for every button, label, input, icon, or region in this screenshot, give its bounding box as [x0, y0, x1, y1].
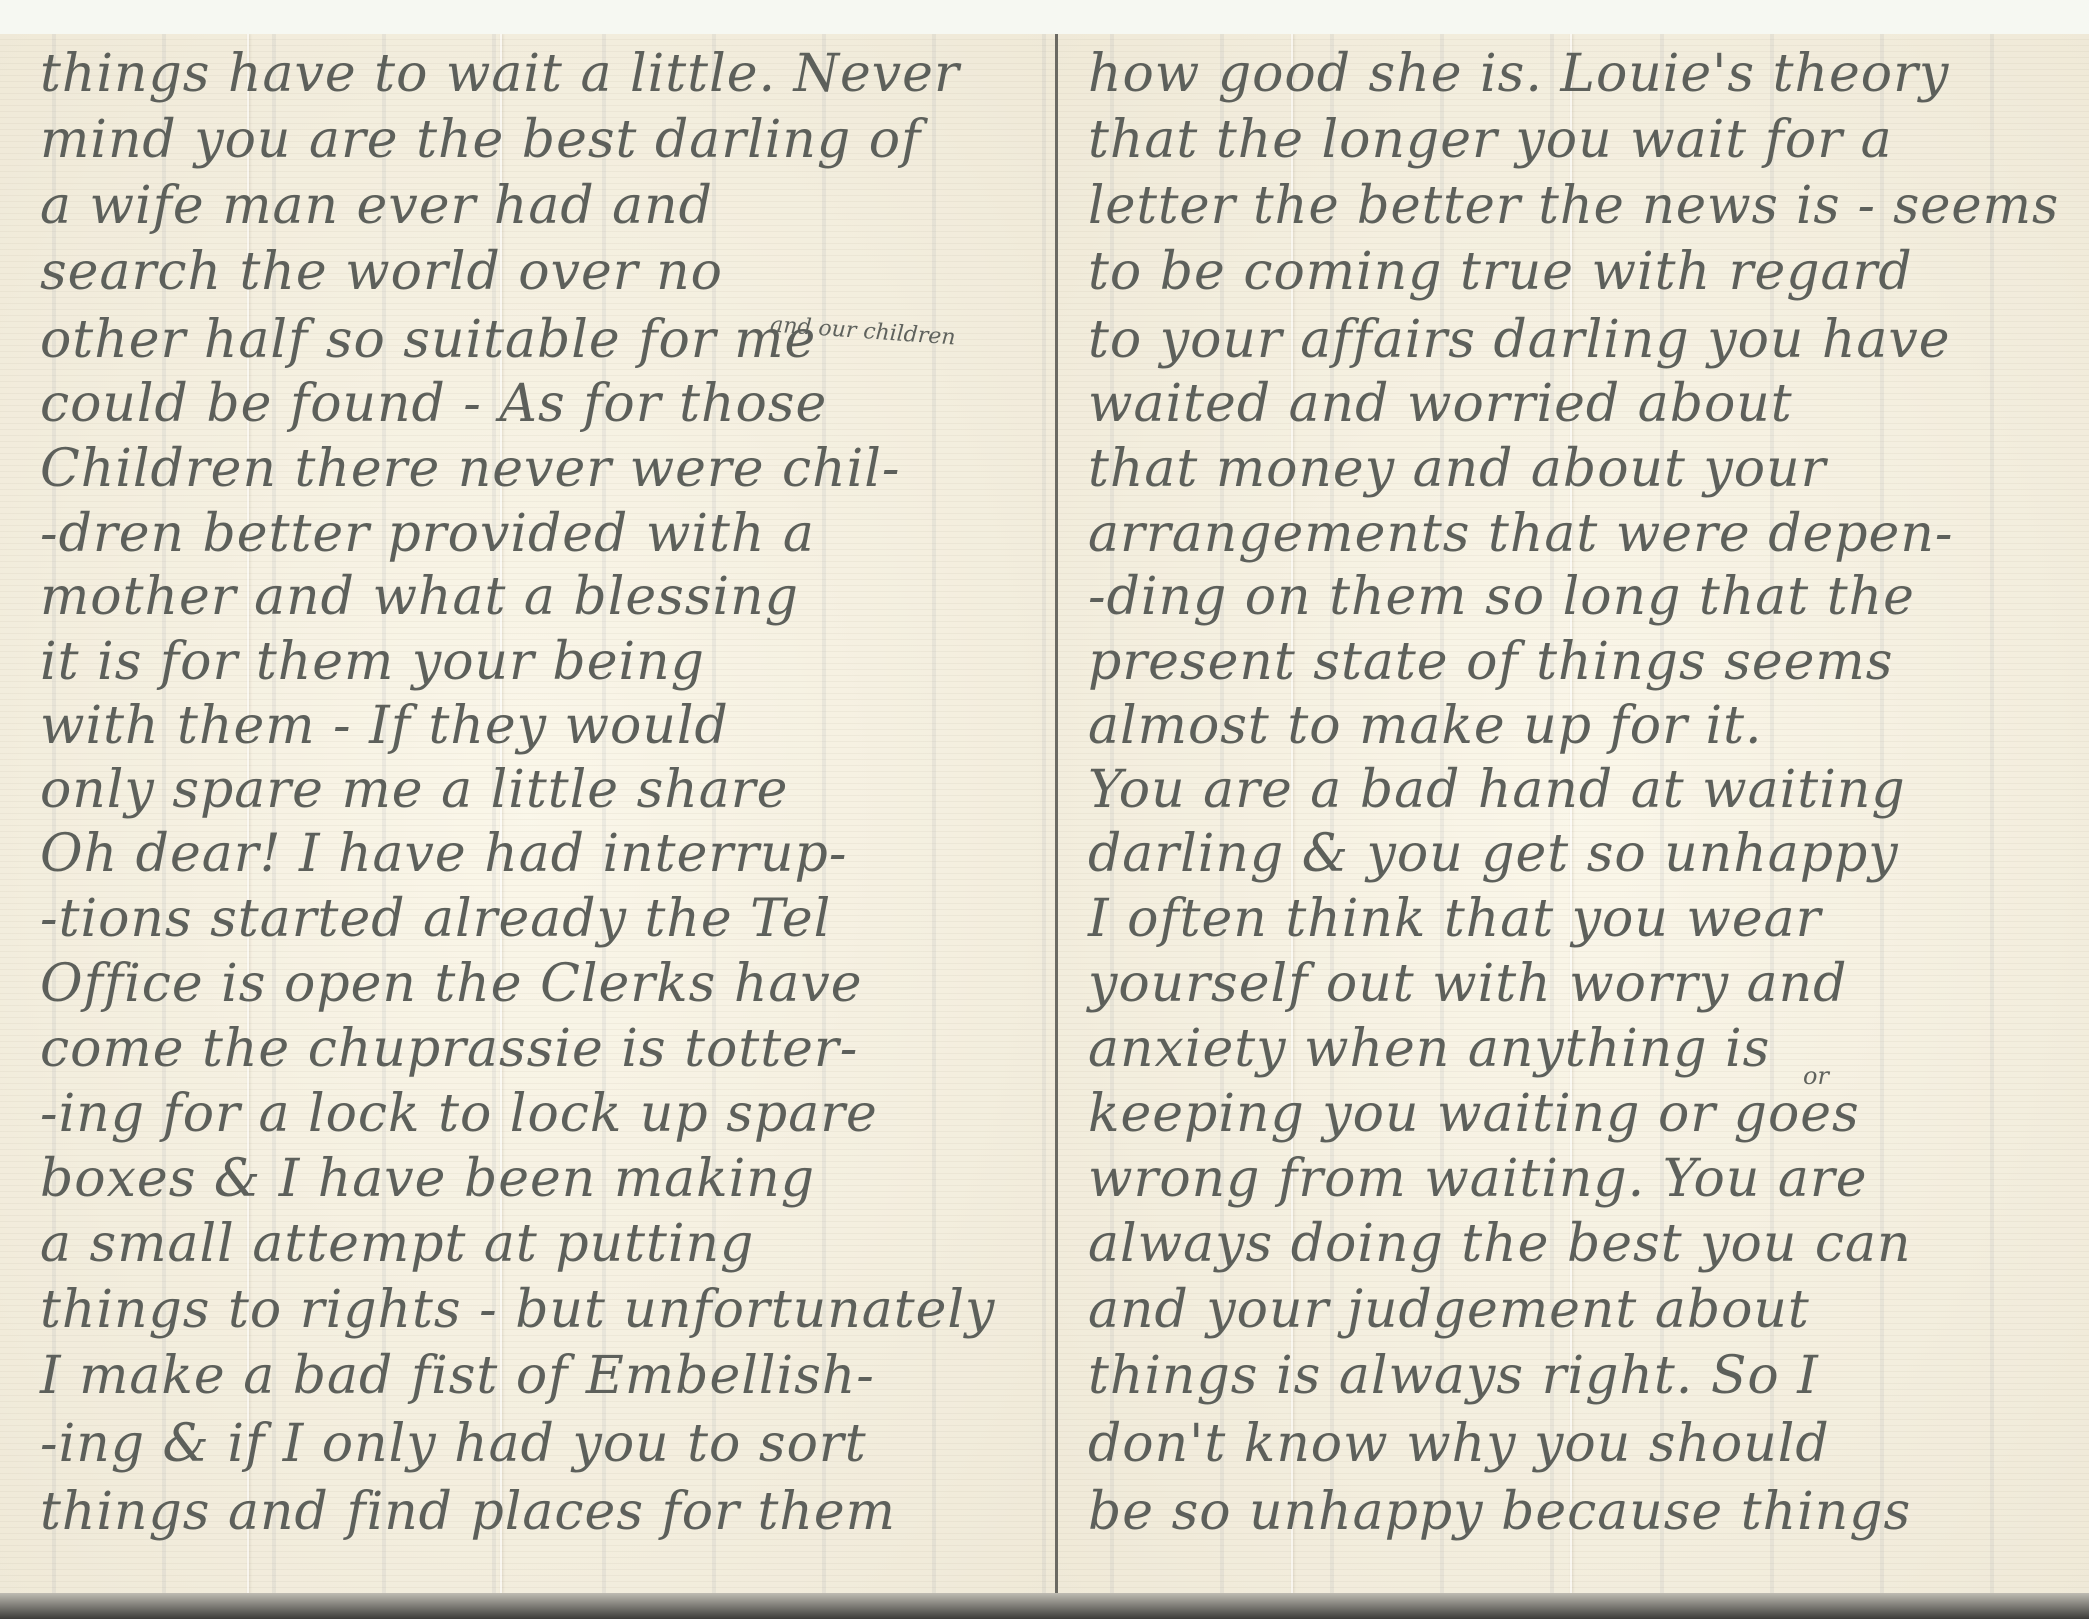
handwritten-line: that money and about your	[1088, 439, 1826, 499]
letter-page-right: how good she is. Louie's theory that the…	[1058, 34, 2089, 1594]
scanner-background	[0, 0, 2089, 34]
handwritten-line: things have to wait a little. Never	[40, 44, 960, 104]
handwritten-line: be so unhappy because things	[1088, 1482, 1911, 1542]
handwritten-line: could be found - As for those	[40, 374, 827, 434]
handwritten-line: come the chuprassie is totter-	[40, 1019, 858, 1079]
handwritten-line: Oh dear! I have had interrup-	[40, 824, 847, 884]
handwritten-line: how good she is. Louie's theory	[1088, 44, 1949, 104]
handwritten-line: mother and what a blessing	[40, 567, 799, 627]
scanner-edge-shadow	[0, 1593, 2089, 1619]
handwritten-line: present state of things seems	[1088, 632, 1893, 692]
handwritten-line: boxes & I have been making	[40, 1149, 815, 1209]
letter-page-left: things have to wait a little. Never mind…	[0, 34, 1055, 1594]
handwritten-line: arrangements that were depen-	[1088, 504, 1953, 564]
handwritten-line: a wife man ever had and	[40, 176, 713, 236]
handwritten-line: waited and worried about	[1088, 374, 1793, 434]
handwritten-line: mind you are the best darling of	[40, 110, 921, 170]
handwritten-line: only spare me a little share	[40, 760, 788, 820]
handwritten-line: Office is open the Clerks have	[40, 954, 863, 1014]
handwritten-line: -dren better provided with a	[40, 504, 815, 564]
handwritten-line: -ing for a lock to lock up spare	[40, 1084, 878, 1144]
handwritten-line: keeping you waiting or goes	[1088, 1084, 1860, 1144]
handwritten-line: and your judgement about	[1088, 1280, 1810, 1340]
handwritten-line: that the longer you wait for a	[1088, 110, 1893, 170]
handwritten-line: things to rights - but unfortunately	[40, 1280, 995, 1340]
handwritten-line: to your affairs darling you have	[1088, 310, 1951, 370]
handwritten-line: things is always right. So I	[1088, 1346, 1819, 1406]
handwritten-line: don't know why you should	[1088, 1414, 1830, 1474]
handwritten-line: it is for them your being	[40, 632, 705, 692]
handwritten-line: darling & you get so unhappy	[1088, 824, 1899, 884]
handwritten-line: I often think that you wear	[1088, 889, 1822, 949]
handwritten-line: a small attempt at putting	[40, 1214, 754, 1274]
handwritten-line: with them - If they would	[40, 696, 729, 756]
handwritten-line: always doing the best you can	[1088, 1214, 1911, 1274]
handwritten-line: -ing & if I only had you to sort	[40, 1414, 867, 1474]
handwritten-line: almost to make up for it.	[1088, 696, 1763, 756]
handwritten-line: -tions started already the Tel	[40, 889, 831, 949]
handwritten-line: other half so suitable for me	[40, 310, 816, 370]
handwritten-line: things and find places for them	[40, 1482, 896, 1542]
handwritten-line: -ding on them so long that the	[1088, 567, 1915, 627]
handwritten-line: wrong from waiting. You are	[1088, 1149, 1868, 1209]
handwritten-line: anxiety when anything is	[1088, 1019, 1770, 1079]
handwritten-line: You are a bad hand at waiting	[1088, 760, 1906, 820]
handwritten-line: I make a bad fist of Embellish-	[40, 1346, 875, 1406]
handwritten-line: letter the better the news is - seems	[1088, 176, 2059, 236]
handwritten-line: Children there never were chil-	[40, 439, 901, 499]
handwritten-line: search the world over no	[40, 242, 723, 302]
handwritten-line: yourself out with worry and	[1088, 954, 1847, 1014]
handwritten-line: to be coming true with regard	[1088, 242, 1913, 302]
